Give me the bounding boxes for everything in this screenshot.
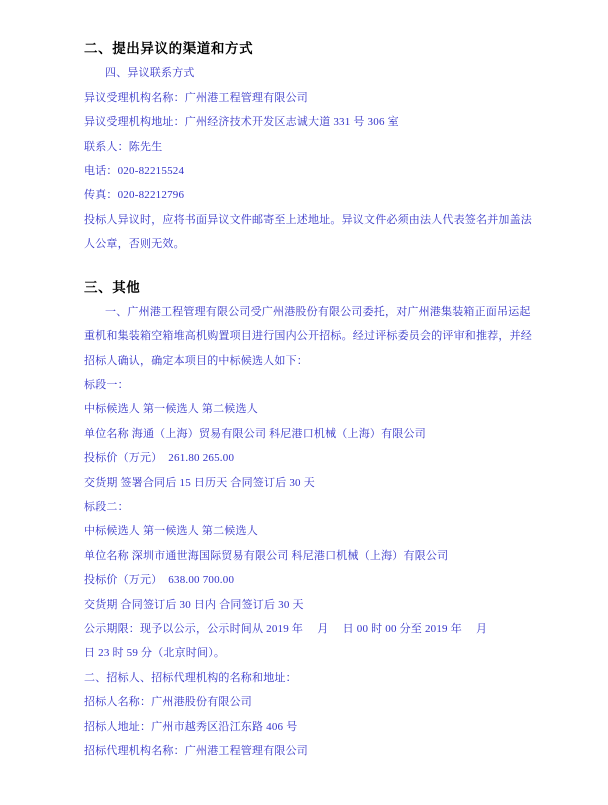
agent-name: 招标代理机构名称：广州港工程管理有限公司 — [84, 739, 528, 763]
objection-section-heading: 二、提出异议的渠道和方式 — [84, 37, 528, 61]
other-intro-line3: 招标人确认，确定本项目的中标候选人如下： — [84, 349, 528, 373]
lot2-candidates: 中标候选人 第一候选人 第二候选人 — [84, 519, 528, 543]
objection-fax: 传真：020-82212796 — [84, 183, 528, 207]
tenderer-heading-line: 二、招标人、招标代理机构的名称和地址： — [84, 666, 528, 690]
other-intro-line2: 重机和集装箱空箱堆高机购置项目进行国内公开招标。经过评标委员会的评审和推荐，并经 — [84, 324, 528, 348]
lot1-candidates: 中标候选人 第一候选人 第二候选人 — [84, 397, 528, 421]
objection-phone: 电话：020-82215524 — [84, 159, 528, 183]
lot1-price: 投标价（万元） 261.80 265.00 — [84, 446, 528, 470]
lot2-delivery: 交货期 合同签订后 30 日内 合同签订后 30 天 — [84, 593, 528, 617]
document-content: 二、提出异议的渠道和方式 四、异议联系方式 异议受理机构名称：广州港工程管理有限… — [84, 37, 528, 763]
lot1-label: 标段一： — [84, 373, 528, 397]
objection-note-line2: 人公章，否则无效。 — [84, 232, 528, 256]
objection-contact-person: 联系人：陈先生 — [84, 135, 528, 159]
lot1-company: 单位名称 海通（上海）贸易有限公司 科尼港口机械（上海）有限公司 — [84, 422, 528, 446]
other-section-heading: 三、其他 — [84, 276, 528, 300]
tenderer-address: 招标人地址：广州市越秀区沿江东路 406 号 — [84, 715, 528, 739]
document-page: 二、提出异议的渠道和方式 四、异议联系方式 异议受理机构名称：广州港工程管理有限… — [0, 0, 608, 805]
objection-note-line1: 投标人异议时，应将书面异议文件邮寄至上述地址。异议文件必须由法人代表签名并加盖法 — [84, 208, 528, 232]
lot1-delivery: 交货期 签署合同后 15 日历天 合同签订后 30 天 — [84, 471, 528, 495]
publicity-period-line1: 公示期限：现予以公示，公示时间从 2019 年 月 日 00 时 00 分至 2… — [84, 617, 528, 641]
other-intro-line1: 一、广州港工程管理有限公司受广州港股份有限公司委托，对广州港集装箱正面吊运起 — [84, 300, 528, 324]
lot2-company: 单位名称 深圳市通世海国际贸易有限公司 科尼港口机械（上海）有限公司 — [84, 544, 528, 568]
lot2-label: 标段二： — [84, 495, 528, 519]
objection-agency-address: 异议受理机构地址：广州经济技术开发区志诚大道 331 号 306 室 — [84, 110, 528, 134]
objection-agency-name: 异议受理机构名称：广州港工程管理有限公司 — [84, 86, 528, 110]
objection-subheading: 四、异议联系方式 — [84, 61, 528, 85]
tenderer-name: 招标人名称：广州港股份有限公司 — [84, 690, 528, 714]
lot2-price: 投标价（万元） 638.00 700.00 — [84, 568, 528, 592]
publicity-period-line2: 日 23 时 59 分（北京时间）。 — [84, 641, 528, 665]
